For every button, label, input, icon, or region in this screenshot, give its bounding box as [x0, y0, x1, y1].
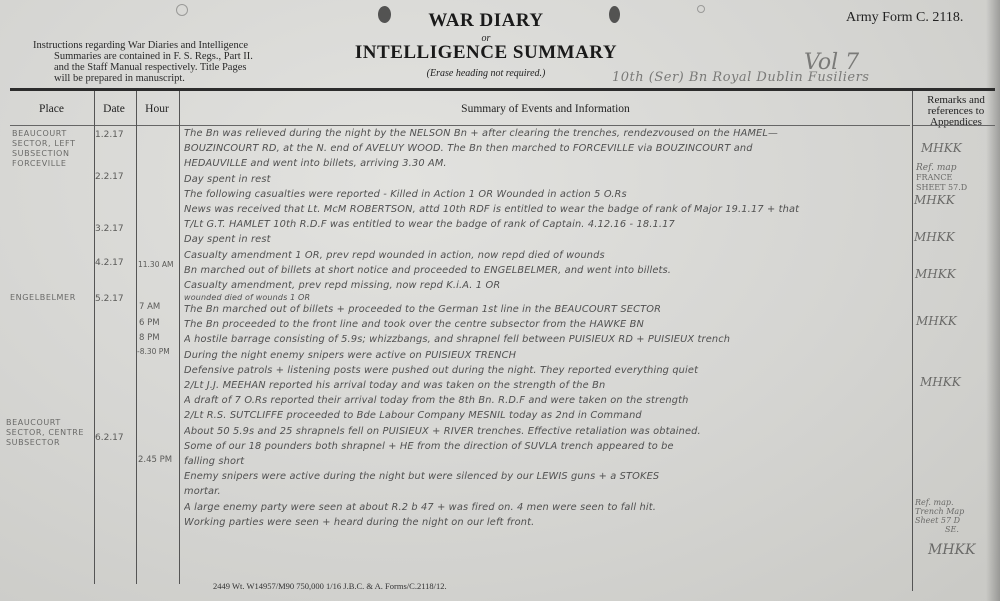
summary-line: Bn marched out of billets at short notic…: [184, 263, 910, 278]
printer-imprint: 2449 Wt. W14957/M90 750,000 1/16 J.B.C. …: [213, 581, 447, 591]
place-line: Subsector: [6, 438, 84, 448]
army-form-number: Army Form C. 2118.: [846, 10, 963, 26]
summary-line: Some of our 18 pounders both shrapnel + …: [184, 439, 910, 454]
summary-line: Defensive patrols + listening posts were…: [184, 363, 910, 378]
summary-line: During the night enemy snipers were acti…: [184, 348, 910, 363]
hour-entry: 8 PM: [139, 333, 160, 344]
remark-line: FRANCE: [916, 173, 967, 183]
remark-line: Ref. map: [916, 163, 967, 173]
summary-line: BOUZINCOURT RD, at the N. end of AVELUY …: [184, 141, 910, 156]
summary-line: Working parties were seen + heard during…: [184, 515, 910, 530]
summary-line: About 50 5.9s and 25 shrapnels fell on P…: [184, 424, 910, 439]
place-entry: Beaucourt Sector, Centre Subsector: [6, 418, 84, 448]
header-rule: [10, 88, 995, 91]
remarks-initials: MHKK: [928, 545, 975, 555]
title-text: WAR DIARY: [428, 10, 543, 31]
summary-line: Casualty amendment, prev repd missing, n…: [184, 278, 910, 293]
place-line: Beaucourt: [12, 129, 76, 139]
remarks-header-line: Remarks and: [927, 95, 985, 106]
erase-text: (Erase heading not required.): [427, 68, 546, 79]
hour-entry: -8.30 PM: [137, 346, 170, 357]
hour-entry: 6 PM: [139, 318, 160, 329]
header-bottom-rule-remarks: [912, 125, 995, 126]
remarks-map-reference: Ref. map. Trench Map Sheet 57 D SE.: [915, 498, 964, 534]
date-entry: 1.2.17: [95, 130, 124, 140]
summary-line: falling short: [184, 454, 910, 469]
place-line: Engelbelmer: [10, 293, 76, 303]
remark-line: Sheet 57 D: [915, 516, 964, 525]
remark-line: Ref. map.: [915, 498, 964, 507]
summary-line: The Bn proceeded to the front line and t…: [184, 317, 910, 332]
summary-line: 2/Lt R.S. SUTCLIFFE proceeded to Bde Lab…: [184, 408, 910, 423]
remarks-map-reference: Ref. map FRANCE SHEET 57.D: [916, 163, 967, 193]
summary-line: Enemy snipers were active during the nig…: [184, 469, 910, 484]
hour-entry: 11.30 AM: [138, 259, 173, 270]
summary-line: A draft of 7 O.Rs reported their arrival…: [184, 393, 910, 408]
column-header-row: Place Date Hour Summary of Events and In…: [0, 92, 1000, 126]
summary-line: A hostile barrage consisting of 5.9s; wh…: [184, 332, 910, 347]
place-entry: Engelbelmer: [10, 293, 76, 303]
remark-line: Trench Map: [915, 507, 964, 516]
remarks-initials: MHKK: [920, 377, 961, 387]
summary-line: wounded died of wounds 1 OR: [184, 293, 910, 302]
summary-line: mortar.: [184, 484, 910, 499]
summary-line: 2/Lt J.J. MEEHAN reported his arrival to…: [184, 378, 910, 393]
hour-entry: 2.45 PM: [138, 455, 172, 466]
summary-line: News was received that Lt. McM ROBERTSON…: [184, 202, 910, 217]
date-entry: 5.2.17: [95, 294, 124, 304]
column-divider: [179, 91, 180, 584]
column-divider: [136, 91, 137, 584]
summary-line: The following casualties were reported -…: [184, 187, 910, 202]
place-line: Sector, Left: [12, 139, 76, 149]
date-entry: 2.2.17: [95, 172, 124, 182]
remarks-initials: MHKK: [921, 143, 962, 153]
summary-line: The Bn was relieved during the night by …: [184, 126, 910, 141]
remarks-initials: MHKK: [915, 269, 956, 279]
remarks-initials: MHKK: [914, 232, 955, 242]
remarks-header-line: references to: [928, 106, 985, 117]
column-divider: [94, 91, 95, 584]
summary-line: Day spent in rest: [184, 232, 910, 247]
summary-line: HEDAUVILLE and went into billets, arrivi…: [184, 156, 910, 171]
column-header-place: Place: [10, 92, 93, 126]
summary-of-events: The Bn was relieved during the night by …: [184, 126, 910, 530]
place-entry: Beaucourt Sector, Left Subsection Forcev…: [12, 129, 76, 169]
summary-line: Day spent in rest: [184, 172, 910, 187]
place-line: Subsection: [12, 149, 76, 159]
place-line: Beaucourt: [6, 418, 84, 428]
hour-entry: 7 AM: [139, 302, 160, 313]
date-entry: 6.2.17: [95, 433, 124, 443]
remark-line: SHEET 57.D: [916, 183, 967, 193]
summary-line: Casualty amendment 1 OR, prev repd wound…: [184, 248, 910, 263]
place-line: Sector, Centre: [6, 428, 84, 438]
column-header-date: Date: [93, 92, 135, 126]
unit-name-handwritten: 10th (Ser) Bn Royal Dublin Fusiliers: [612, 70, 869, 85]
date-entry: 3.2.17: [95, 224, 124, 234]
summary-line: T/Lt G.T. HAMLET 10th R.D.F was entitled…: [184, 217, 910, 232]
title-text: INTELLIGENCE SUMMARY: [355, 42, 617, 63]
remarks-initials: MHKK: [916, 316, 957, 326]
remarks-initials: MHKK: [914, 195, 955, 205]
column-divider: [912, 91, 913, 591]
column-header-hour: Hour: [136, 92, 178, 126]
remark-line: SE.: [915, 525, 964, 534]
summary-line: The Bn marched out of billets + proceede…: [184, 302, 910, 317]
summary-line: A large enemy party were seen at about R…: [184, 500, 910, 515]
war-diary-page: Instructions regarding War Diaries and I…: [0, 0, 1000, 601]
column-header-remarks: Remarks and references to Appendices: [912, 94, 1000, 128]
place-line: Forceville: [12, 159, 76, 169]
column-header-summary: Summary of Events and Information: [179, 92, 912, 126]
date-entry: 4.2.17: [95, 258, 124, 268]
